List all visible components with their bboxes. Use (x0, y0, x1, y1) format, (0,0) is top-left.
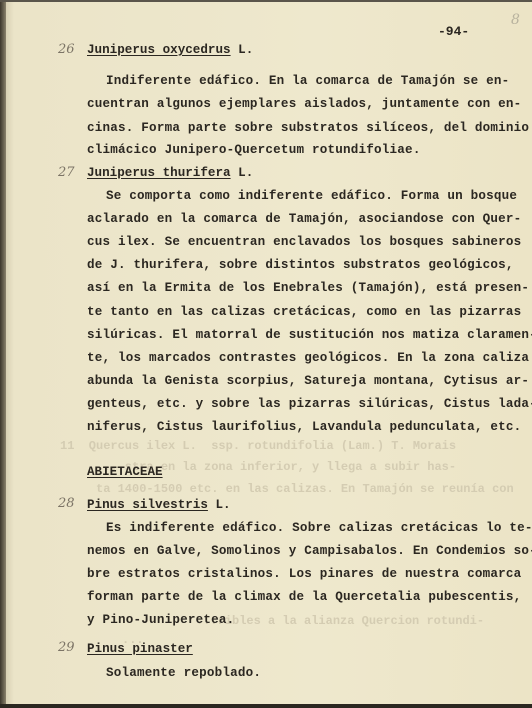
bleed-through-line: 11 Quercus ilex L. ssp. rotundifolia (La… (60, 439, 456, 453)
page-bottom-edge (0, 704, 532, 708)
text-line: Solamente repoblado. (106, 666, 261, 680)
text-line: te, los marcados contrastes geológicos. … (87, 351, 529, 365)
text-line: Se comporta como indiferente edáfico. Fo… (106, 189, 517, 203)
text-line: nemos en Galve, Somolinos y Campisabalos… (87, 544, 532, 558)
text-line: niferus, Cistus laurifolius, Lavandula p… (87, 420, 521, 434)
entry-number: 26 (58, 42, 75, 57)
text-line: Es indiferente edáfico. Sobre calizas cr… (106, 521, 532, 535)
text-line: y Pino-Juniperetea. (87, 613, 234, 627)
corner-pencil-mark: 8 (511, 12, 520, 28)
species-heading: Pinus silvestris L. (87, 498, 231, 512)
text-line: cuentran algunos ejemplares aislados, ju… (87, 97, 521, 111)
text-line: te tanto en las calizas cretácicas, como… (87, 305, 521, 319)
text-line: genteus, etc. y sobre las pizarras silúr… (87, 397, 532, 411)
species-author: L. (231, 43, 254, 57)
entry-number: 28 (58, 496, 75, 511)
text-line: cus ilex. Se encuentran enclavados los b… (87, 235, 521, 249)
bleed-through-line: ta 1400-1500 etc. en las calizas. En Tam… (60, 482, 514, 496)
species-author: L. (208, 498, 231, 512)
family-name: ABIETACEAE (87, 465, 163, 479)
text-line: Indiferente edáfico. En la comarca de Ta… (106, 74, 509, 88)
species-name: Juniperus thurifera (87, 166, 231, 180)
family-heading: ABIETACEAE (87, 465, 163, 479)
species-heading: Juniperus thurifera L. (87, 166, 253, 180)
text-line: cinas. Forma parte sobre substratos silí… (87, 121, 529, 135)
entry-number: 27 (58, 165, 75, 180)
entry-number: 29 (58, 640, 75, 655)
species-author: L. (231, 166, 254, 180)
text-line: forman parte de la climax de la Querceta… (87, 590, 521, 604)
binding-edge (0, 2, 6, 706)
text-line: abunda la Genista scorpius, Satureja mon… (87, 374, 529, 388)
document-page: 11 Quercus ilex L. ssp. rotundifolia (La… (0, 0, 532, 706)
text-line: aclarado en la comarca de Tamajón, asoci… (87, 212, 521, 226)
text-line: así en la Ermita de los Enebrales (Tamaj… (87, 281, 529, 295)
species-heading: Juniperus oxycedrus L. (87, 43, 253, 57)
text-line: silúricas. El matorral de sustitución no… (87, 328, 532, 342)
text-line: bre estratos cristalinos. Los pinares de… (87, 567, 521, 581)
species-heading: Pinus pinaster (87, 642, 193, 656)
text-line: de J. thurifera, sobre distintos substra… (87, 258, 514, 272)
species-name: Pinus silvestris (87, 498, 208, 512)
page-number: -94- (438, 24, 469, 39)
species-name: Pinus pinaster (87, 642, 193, 656)
species-name: Juniperus oxycedrus (87, 43, 231, 57)
text-line: climácico Junipero-Quercetum rotundifoli… (87, 143, 421, 157)
